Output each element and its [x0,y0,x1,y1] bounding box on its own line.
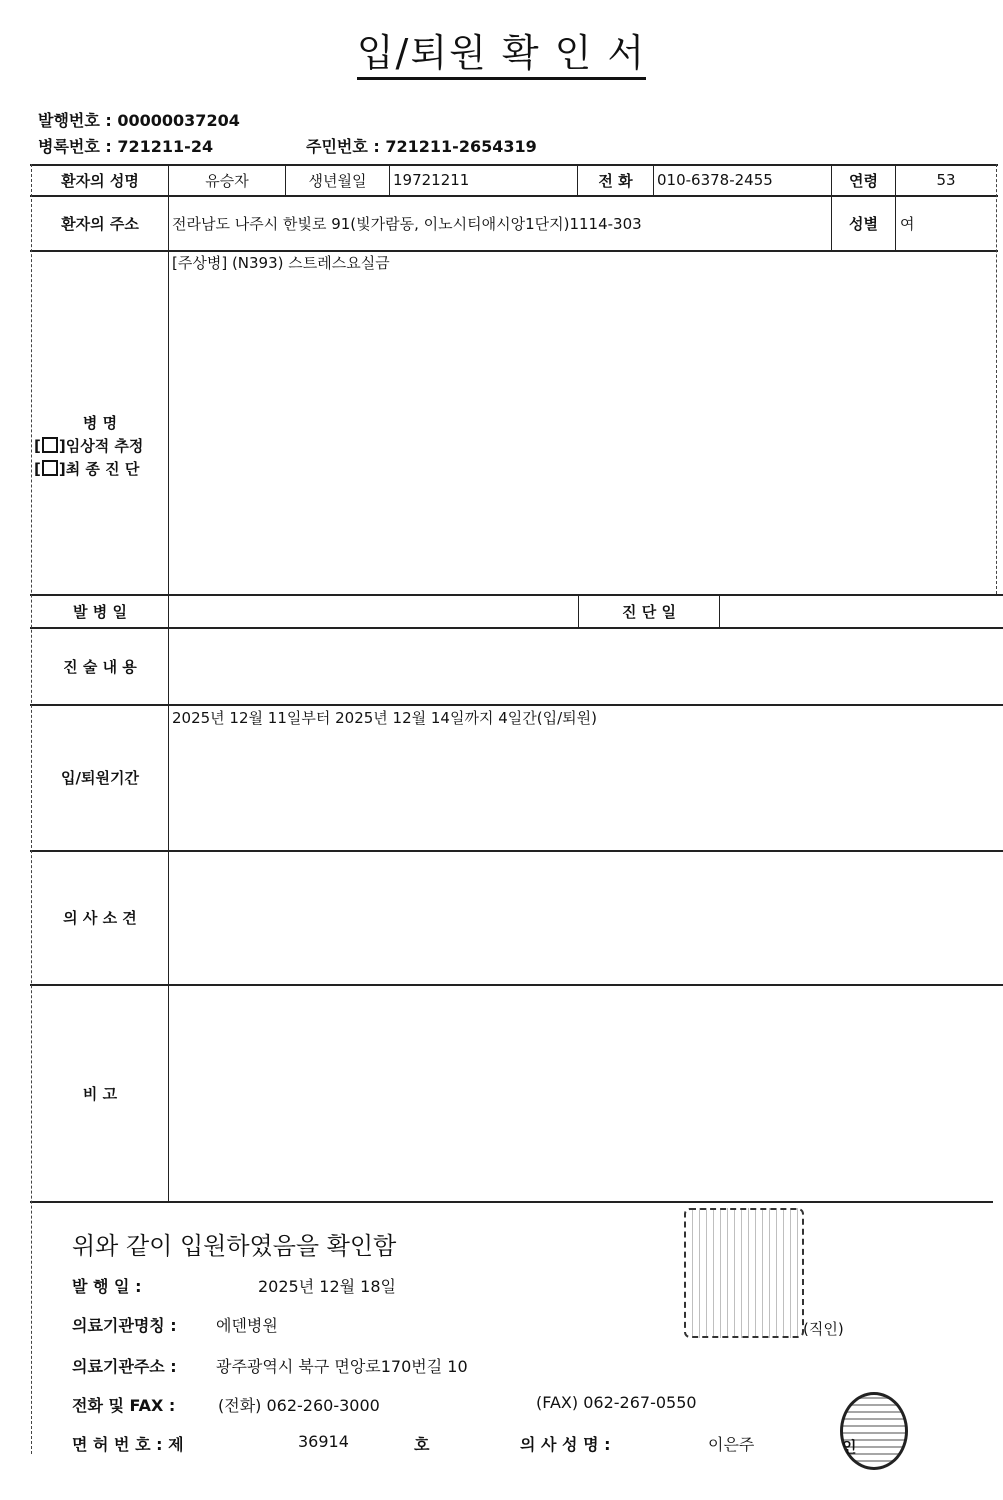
document-title: 입/퇴원 확 인 서 [0,22,1003,77]
issue-date-value: 2025년 12월 18일 [258,1274,396,1297]
resident-number: 주민번호 : 721211-2654319 [306,134,537,157]
remarks-value [172,985,992,1201]
birth-label: 생년월일 [286,165,389,195]
diagnosis-date-value [722,595,992,627]
patient-phone: 010-6378-2455 [657,165,831,195]
phone-label: 전 화 [578,165,653,195]
institution-label: 의료기관명칭 : [72,1316,177,1335]
license-label: 면 허 번 호 : 제 [72,1435,184,1454]
col-rule [389,164,390,195]
option-final-diagnosis[interactable]: []최 종 진 단 [32,458,168,481]
institution-address-label: 의료기관주소 : [72,1357,177,1376]
statement-label: 진 술 내 용 [32,628,168,704]
option-final-diagnosis-label: 최 종 진 단 [66,460,140,478]
option-clinical-estimate-label: 임상적 추정 [66,437,144,455]
sex-label: 성별 [832,196,895,250]
institution-fax: (FAX) 062-267-0550 [536,1393,697,1412]
issue-number: 발행번호 : 00000037204 [38,108,240,131]
title-text: 입/퇴원 확 인 서 [357,31,646,80]
address-label: 환자의 주소 [32,196,168,250]
issue-number-value: 00000037204 [117,111,239,130]
issue-date-row: 발 행 일 : 2025년 12월 18일 [72,1274,141,1297]
option-clinical-estimate[interactable]: []임상적 추정 [32,435,168,458]
period-label: 입/퇴원기간 [32,705,168,850]
opinion-label: 의 사 소 견 [32,851,168,984]
col-rule [653,164,654,195]
statement-value [172,628,992,704]
record-number-value: 721211-24 [117,137,213,156]
rule [30,1201,993,1203]
license-suffix: 호 [414,1432,429,1455]
record-number: 병록번호 : 721211-24 주민번호 : 721211-2654319 [38,134,213,157]
patient-age: 53 [896,165,996,195]
doctor-seal-icon [840,1392,908,1470]
doctor-name: 이은주 [708,1432,754,1455]
resident-number-value: 721211-2654319 [385,137,536,156]
patient-sex: 여 [900,196,996,250]
checkbox-icon[interactable] [42,460,58,476]
record-number-label: 병록번호 : [38,137,117,156]
license-row: 면 허 번 호 : 제 36914 호 의 사 성 명 : 이은주 [72,1432,184,1455]
onset-label: 발 병 일 [32,595,168,627]
diagnosis-label: 병 명 [32,412,168,435]
opinion-value [172,851,992,984]
onset-value [172,595,576,627]
patient-name: 유승자 [169,165,285,195]
confirmation-statement: 위와 같이 입원하였음을 확인함 [72,1226,396,1261]
diagnosis-label-group: 병 명 []임상적 추정 []최 종 진 단 [32,412,168,481]
institution-row: 의료기관명칭 : 에덴병원 [72,1313,177,1336]
doctor-name-label: 의 사 성 명 : [520,1432,611,1455]
col-rule [168,164,169,1201]
checkbox-icon[interactable] [42,437,58,453]
col-rule [719,594,720,627]
phone-fax-row: 전화 및 FAX : (전화) 062-260-3000 (FAX) 062-2… [72,1393,175,1416]
institution-name: 에덴병원 [216,1313,278,1336]
institution-address: 광주광역시 북구 면앙로170번길 10 [216,1354,468,1377]
issue-number-label: 발행번호 : [38,111,117,130]
license-number: 36914 [298,1432,349,1451]
patient-name-label: 환자의 성명 [32,165,168,195]
issue-date-label: 발 행 일 : [72,1277,141,1296]
birth-date: 19721211 [393,165,577,195]
age-label: 연령 [832,165,895,195]
right-border [996,164,997,594]
doctor-seal-label: 인 [842,1436,857,1457]
diagnosis-date-label: 진 단 일 [579,595,719,627]
resident-number-label: 주민번호 : [306,137,385,156]
period-value: 2025년 12월 11일부터 2025년 12월 14일까지 4일간(입/퇴원… [172,707,992,733]
remarks-label: 비 고 [32,985,168,1201]
institution-phone: (전화) 062-260-3000 [218,1393,380,1416]
official-seal-label: (직인) [803,1318,844,1339]
institution-address-row: 의료기관주소 : 광주광역시 북구 면앙로170번길 10 [72,1354,177,1377]
hospital-seal-icon [684,1208,804,1338]
diagnosis-text: [주상병] (N393) 스트레스요실금 [172,252,972,280]
patient-address: 전라남도 나주시 한빛로 91(빛가람동, 이노시티애시앙1단지)1114-30… [172,196,831,250]
phone-fax-label: 전화 및 FAX : [72,1396,175,1415]
rule [30,704,1003,706]
